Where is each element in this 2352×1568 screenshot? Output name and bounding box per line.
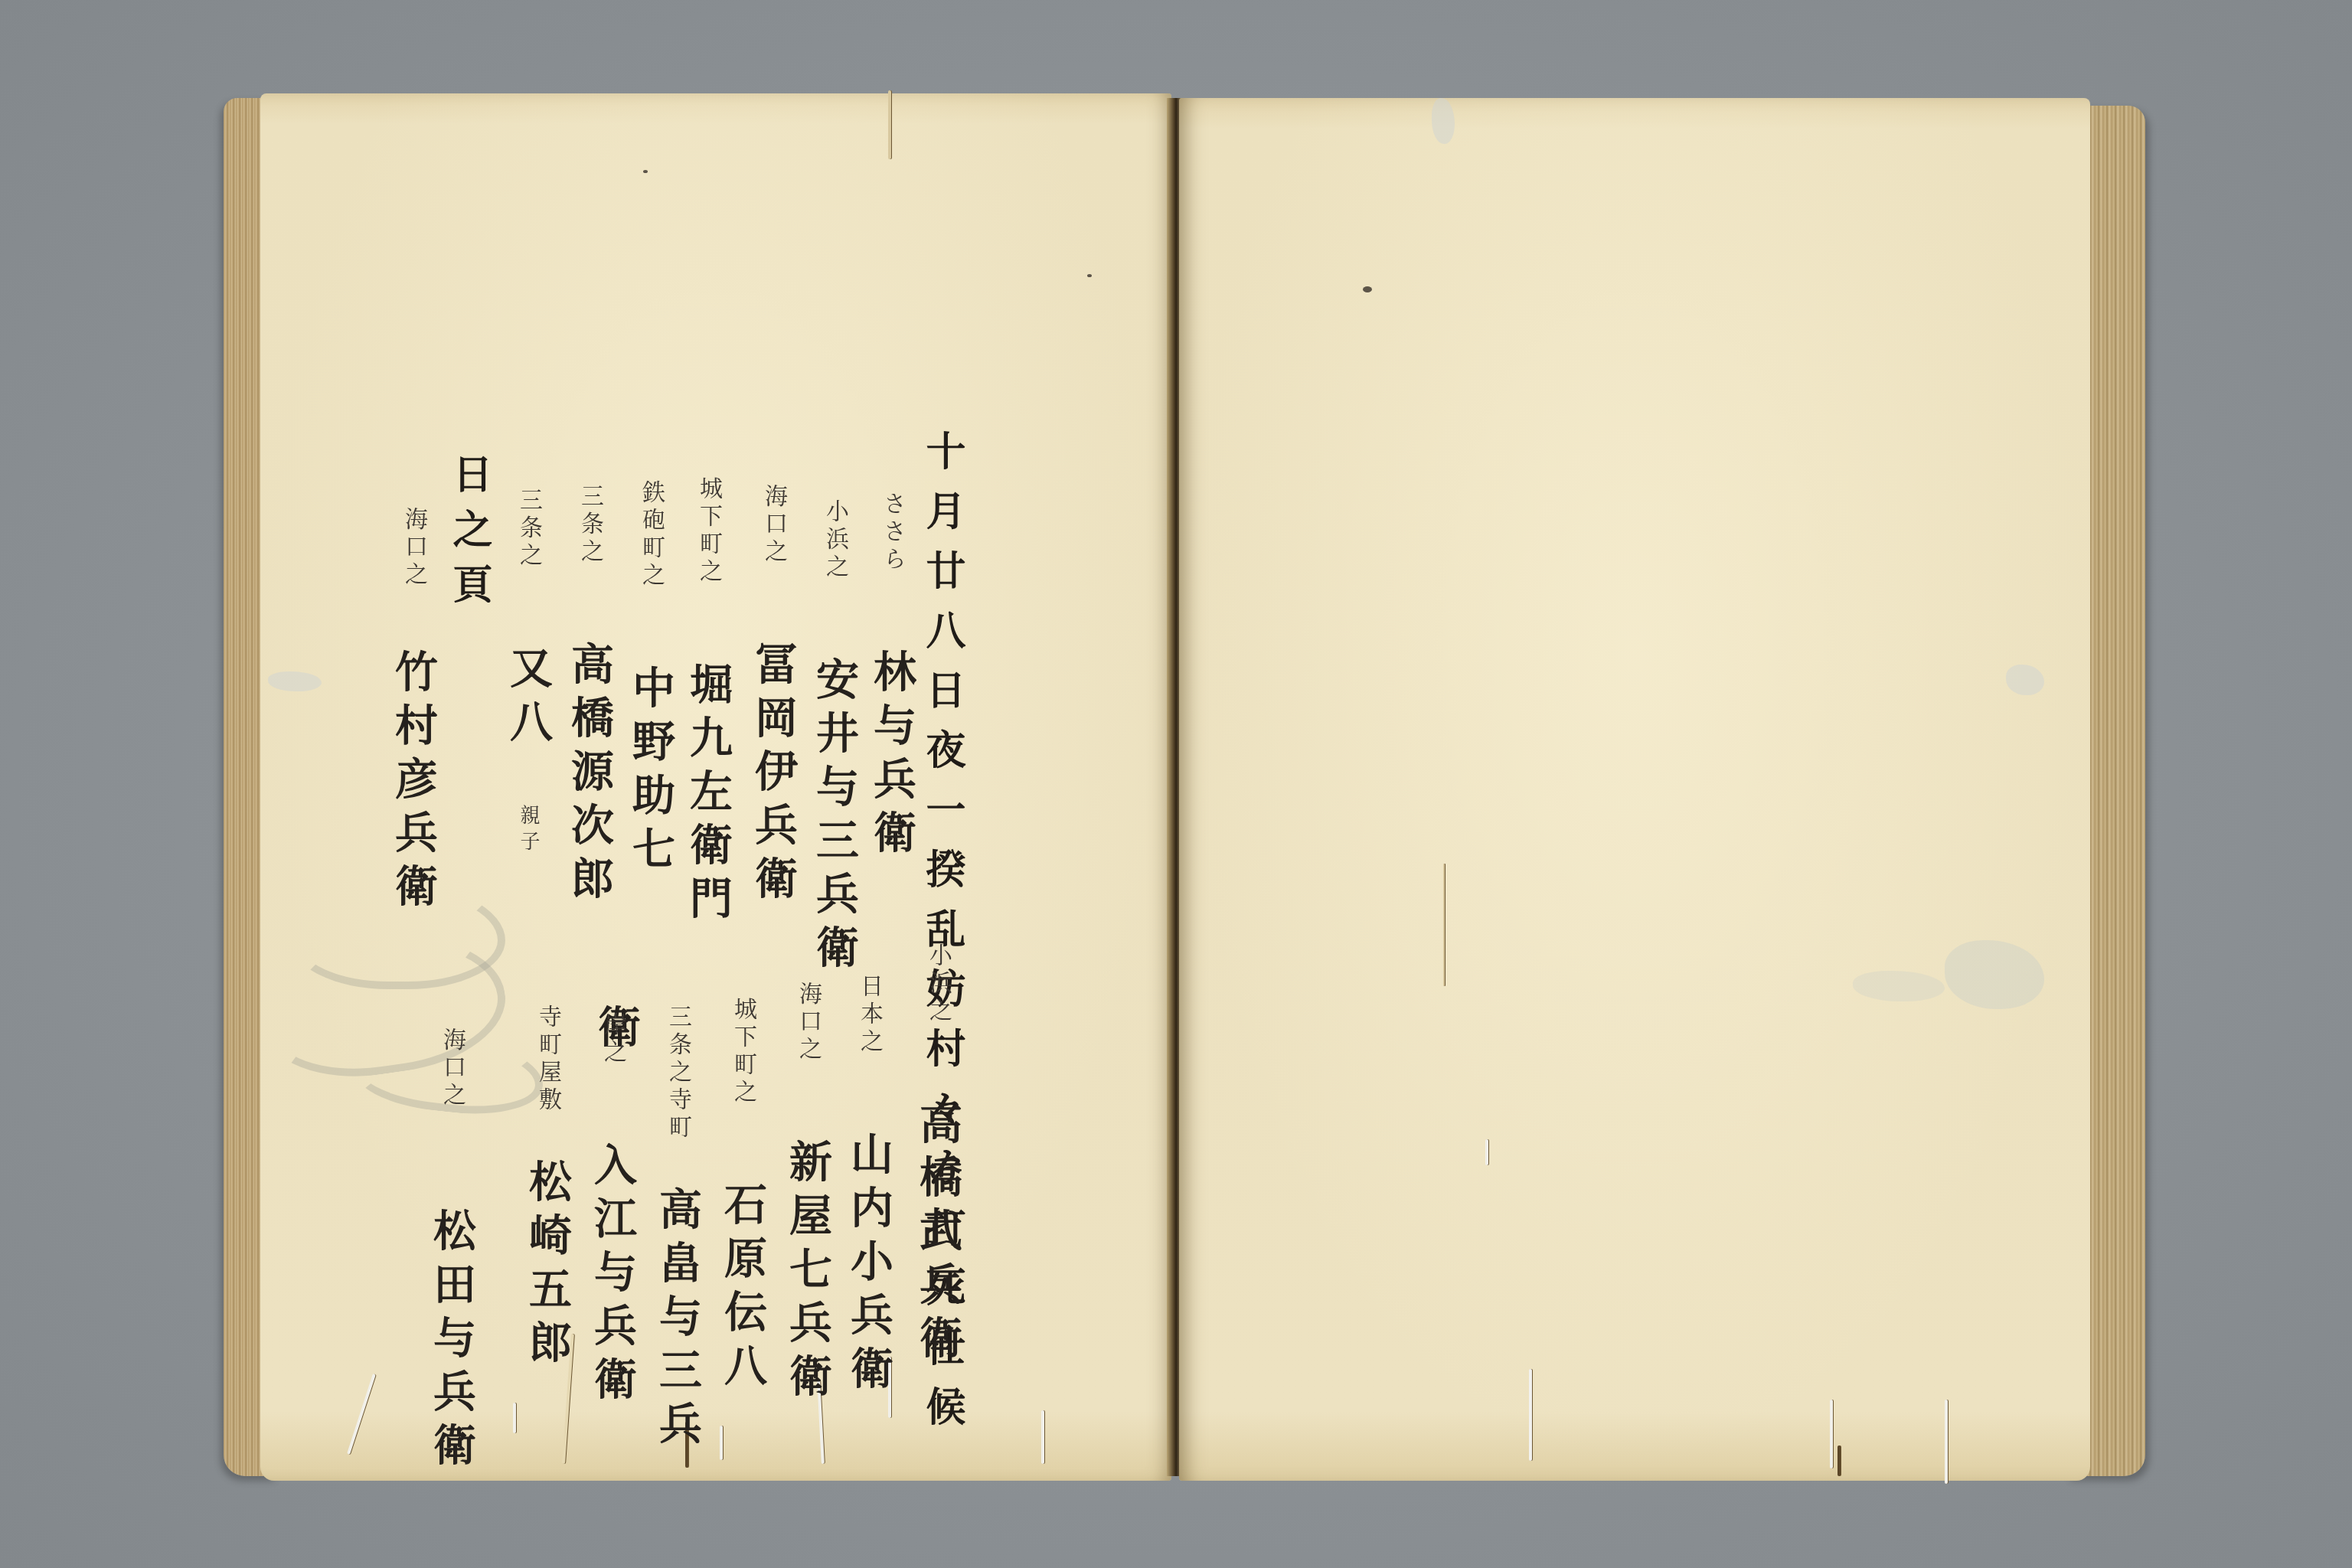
paper-tear xyxy=(1837,1445,1841,1476)
entry-upper-1: ささら 林与兵衛 xyxy=(861,492,923,864)
entry-name: 竹村彦兵衛 xyxy=(388,649,439,917)
entry-location: 日本之 xyxy=(856,974,883,1057)
left-page: 十月廿八日夜一揆乱妨村々ゟ打死仕候 ささら 林与兵衛 小浜之 安井与三兵衛 海口… xyxy=(260,93,1171,1481)
paper-tear xyxy=(1443,864,1445,986)
speck xyxy=(1363,286,1372,292)
entry-location: 三条之 xyxy=(515,488,542,570)
paper-loss xyxy=(1853,971,1945,1001)
entry-lower-8: 海口之 松田与兵衛 xyxy=(421,1027,482,1476)
entry-name: 松崎五郎 xyxy=(522,1159,573,1374)
paper-tear xyxy=(1529,1369,1532,1461)
entry-location: 三条之 xyxy=(577,484,603,567)
speck xyxy=(643,170,648,173)
entry-name: 中野助七 xyxy=(626,665,676,880)
entry-location: 鉄砲町之 xyxy=(638,480,665,590)
paper-loss xyxy=(268,671,322,691)
paper-tear xyxy=(1485,1139,1488,1165)
paper-tear xyxy=(888,90,891,159)
open-book: 十月廿八日夜一揆乱妨村々ゟ打死仕候 ささら 林与兵衛 小浜之 安井与三兵衛 海口… xyxy=(0,0,2352,1568)
entry-section: 海口之 竹村彦兵衛 xyxy=(383,507,444,917)
entry-name: 新屋七兵衛 xyxy=(782,1139,833,1407)
entry-location: 寺町屋敷 xyxy=(534,1004,561,1115)
entry-name: 山内小兵衛 xyxy=(844,1132,894,1400)
entry-location: 海口之 xyxy=(400,507,427,590)
entry-location: 小浜之 xyxy=(822,499,848,582)
entry-name: 堀九左衛門 xyxy=(683,661,733,929)
paper-tear xyxy=(1041,1410,1044,1464)
entry-lower-7: 寺町屋敷 松崎五郎 xyxy=(517,1004,578,1374)
entry-name: 冨岡伊兵衛 xyxy=(748,642,799,910)
entry-location: 海口之 xyxy=(760,484,787,567)
entry-location: 小浜之 xyxy=(925,943,952,1026)
entry-name: 高橋源次郎 xyxy=(564,642,615,910)
entry-upper-3: 海口之 冨岡伊兵衛 xyxy=(743,484,804,910)
entry-location: 城下町之 xyxy=(695,476,722,586)
entry-name: 高橋武兵衛 xyxy=(913,1101,963,1369)
entry-location: 城下町之 xyxy=(730,997,756,1107)
entry-name: 安井与三兵衛 xyxy=(809,657,860,978)
paper-tear xyxy=(1830,1400,1833,1468)
entry-location: 海口之 xyxy=(439,1027,465,1110)
entry-lower-4: 城下町之 石原伝八 xyxy=(712,997,773,1396)
paper-tear xyxy=(1945,1400,1948,1484)
entry-location: ささら xyxy=(879,492,906,574)
section-heading: 日之頁 xyxy=(440,453,498,619)
speck xyxy=(1087,274,1092,277)
entry-name: 林与兵衛 xyxy=(867,649,917,864)
paper-tear xyxy=(347,1374,376,1455)
entry-lower-2: 日本之 山内小兵衛 xyxy=(838,974,900,1400)
paper-tear xyxy=(513,1403,516,1433)
entry-location: 三条之寺町 xyxy=(665,1004,691,1142)
entry-lower-1: 小浜之 高橋武兵衛 xyxy=(907,943,969,1369)
paper-loss xyxy=(1945,940,2044,1009)
entry-lower-6: 岸之 入江与兵衛 xyxy=(582,1012,643,1410)
entry-upper-7: 三条之 又八 親子 xyxy=(498,488,559,857)
entry-location: 岸之 xyxy=(599,1012,626,1067)
paper-tear xyxy=(720,1426,723,1460)
entry-location: 海口之 xyxy=(795,982,822,1064)
entry-note: 親子 xyxy=(517,805,540,857)
entry-upper-4: 城下町之 堀九左衛門 xyxy=(678,476,739,929)
entry-name: 入江与兵衛 xyxy=(587,1142,638,1410)
entry-name: 又八 xyxy=(503,645,554,753)
entry-name: 石原伝八 xyxy=(717,1182,768,1396)
entry-upper-6: 三条之 高橋源次郎 xyxy=(559,484,620,910)
entry-upper-2: 小浜之 安井与三兵衛 xyxy=(804,499,865,978)
right-page xyxy=(1179,98,2090,1481)
paper-loss xyxy=(2006,665,2044,695)
entry-upper-5: 鉄砲町之 中野助七 xyxy=(620,480,681,880)
entry-name: 松田与兵衛 xyxy=(426,1208,477,1476)
paper-loss xyxy=(1432,98,1455,144)
entry-lower-3: 海口之 新屋七兵衛 xyxy=(777,982,838,1407)
